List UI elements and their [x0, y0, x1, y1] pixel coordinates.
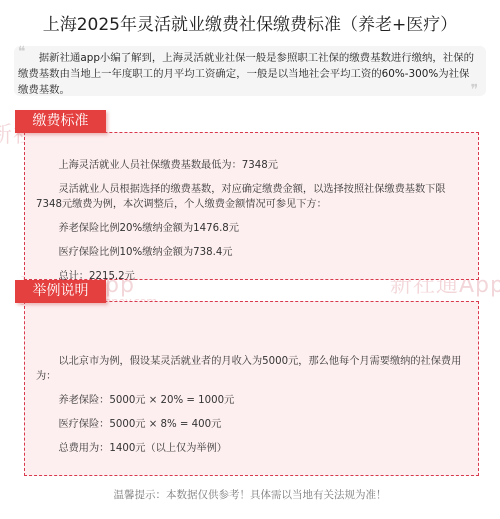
- quote-close-icon: ❞: [470, 82, 478, 98]
- section-content-payment-standard: 上海灵活就业人员社保缴费基数最低为：7348元 灵活就业人员根据选择的缴费基数，…: [36, 158, 466, 284]
- paragraph: 养老保险比例20%缴纳金额为1476.8元: [36, 221, 466, 236]
- section-header-example: 举例说明: [15, 280, 106, 303]
- section-content-example: 以北京市为例，假设某灵活就业者的月收入为5000元，那么他每个月需要缴纳的社保费…: [36, 354, 466, 456]
- intro-text: 据新社通app小编了解到，上海灵活就业社保一般是参照职工社保的缴费基数进行缴纳，…: [18, 50, 476, 98]
- paragraph: 上海灵活就业人员社保缴费基数最低为：7348元: [36, 158, 466, 173]
- paragraph: 灵活就业人员根据选择的缴费基数，对应确定缴费金额，以选择按照社保缴费基数下限73…: [36, 182, 466, 212]
- page-title: 上海2025年灵活就业缴费社保缴费标准（养老+医疗）: [0, 10, 500, 35]
- paragraph: 养老保险：5000元 × 20% = 1000元: [36, 393, 466, 408]
- paragraph: 以北京市为例，假设某灵活就业者的月收入为5000元，那么他每个月需要缴纳的社保费…: [36, 354, 466, 384]
- footer-note: 温馨提示：本数据仅供参考！具体需以当地有关法规为准！: [0, 487, 500, 502]
- quote-open-icon: ❝: [18, 44, 26, 60]
- paragraph: 医疗保险比例10%缴纳金额为738.4元: [36, 245, 466, 260]
- paragraph: 医疗保险：5000元 × 8% = 400元: [36, 417, 466, 432]
- intro-box: ❝ 据新社通app小编了解到，上海灵活就业社保一般是参照职工社保的缴费基数进行缴…: [14, 46, 486, 96]
- section-header-payment-standard: 缴费标准: [15, 110, 106, 133]
- paragraph: 总费用为：1400元（以上仅为举例）: [36, 441, 466, 456]
